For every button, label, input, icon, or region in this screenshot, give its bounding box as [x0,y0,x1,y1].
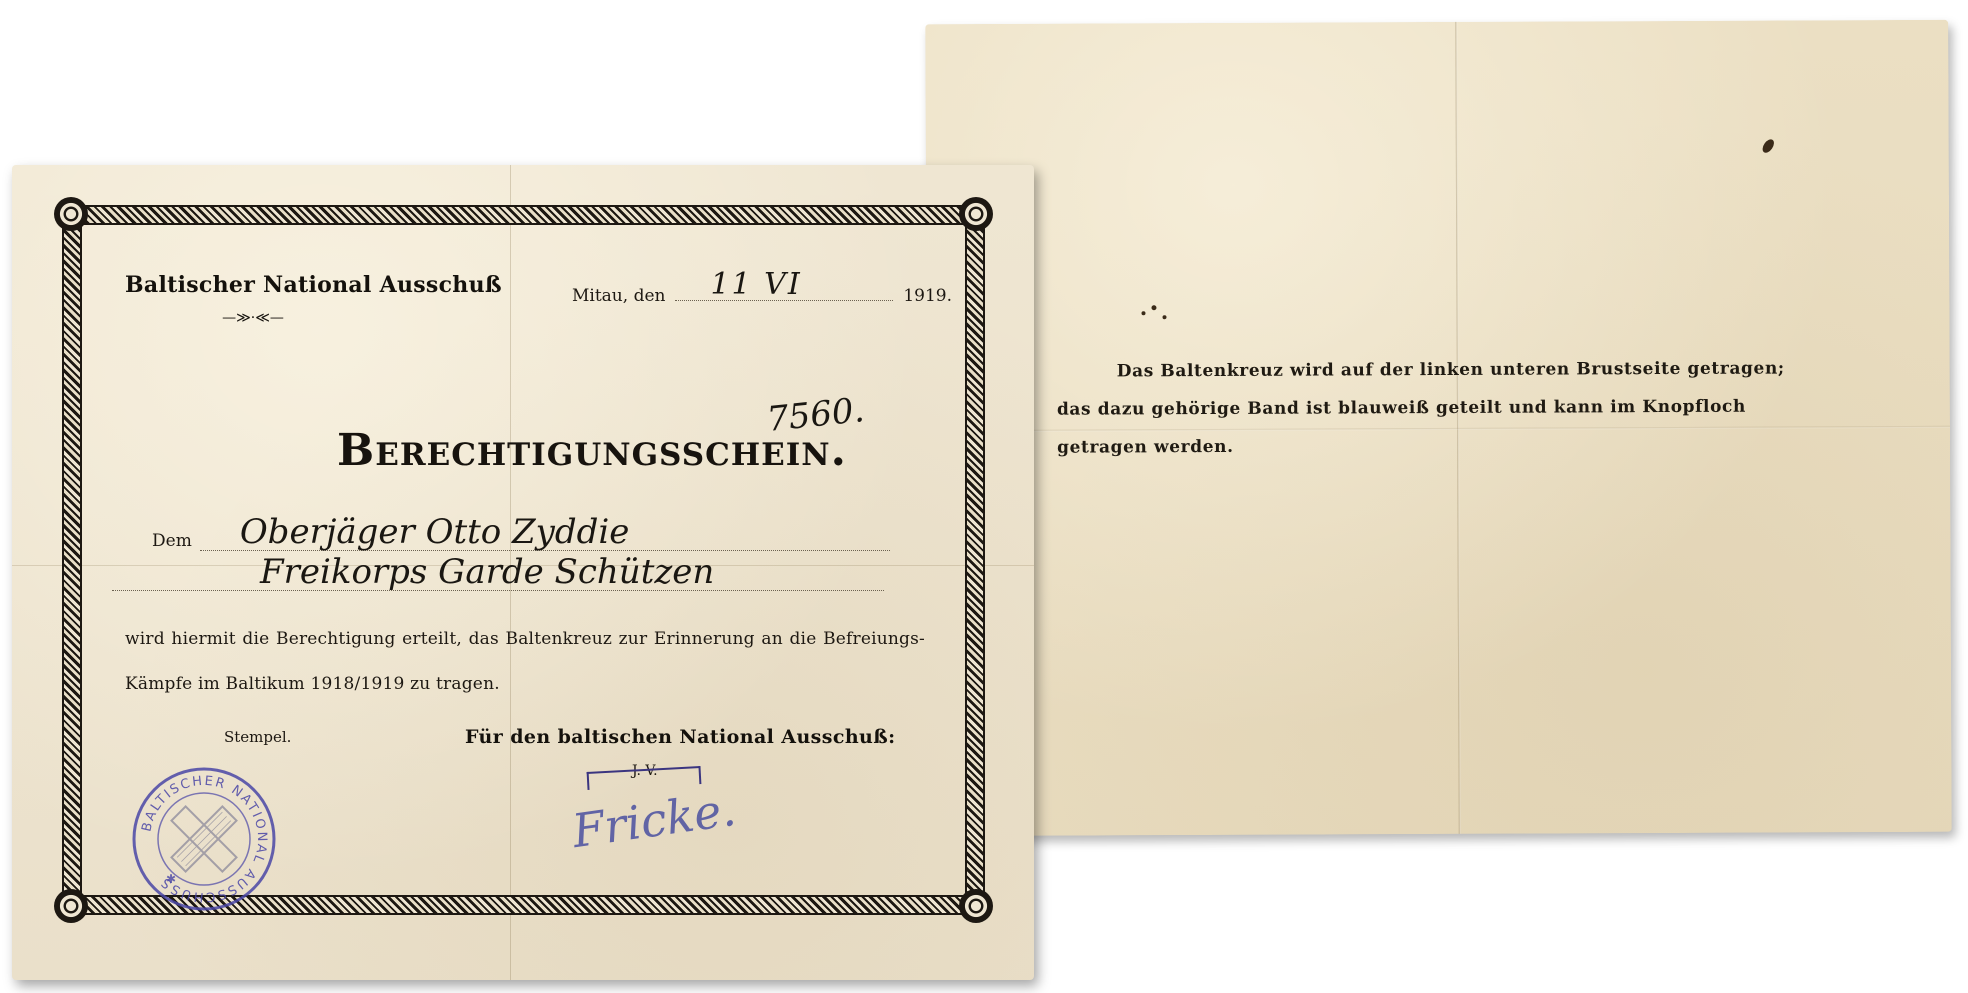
recipient-field-1: Oberjäger Otto Zyddie [200,528,890,551]
svg-text:✱: ✱ [166,872,176,886]
corner-ornament-icon [54,889,88,923]
front-sheet-certificate: Baltischer National Ausschuß —≫·≪— Mitau… [12,165,1034,980]
recipient-row-2: Freikorps Garde Schützen [112,568,884,591]
corner-ornament-icon [959,889,993,923]
certificate-body-text: wird hiermit die Berechtigung erteilt, d… [125,617,925,707]
recipient-name-handwritten: Oberjäger Otto Zyddie [240,512,630,552]
corner-ornament-icon [959,197,993,231]
notice-line-3: getragen werden. [1057,425,1837,466]
notice-line-1: Das Baltenkreuz wird auf der linken unte… [1057,349,1837,390]
ink-speck [1151,305,1156,310]
date-field: 11 VI [675,282,893,301]
back-sheet-reverse-side: Das Baltenkreuz wird auf der linken unte… [925,20,1952,836]
recipient-field-2: Freikorps Garde Schützen [112,568,884,591]
recipient-label: Dem [152,531,192,551]
place-and-date: Mitau, den 11 VI 1919. [572,282,952,306]
divider-ornament-icon: —≫·≪— [210,313,296,323]
signature-heading: Für den baltischen National Ausschuß: [465,726,896,748]
issuing-organization: Baltischer National Ausschuß [125,272,502,298]
document-title: Berechtigungsschein. [337,425,847,476]
year-label: 1919. [903,286,952,306]
stamp-label: Stempel. [224,728,291,746]
recipient-unit-handwritten: Freikorps Garde Schützen [260,552,714,592]
date-handwritten: 11 VI [710,267,801,302]
ink-stain [1760,137,1776,154]
notice-line-2: das dazu gehörige Band ist blauweiß gete… [1057,387,1837,428]
wearing-instructions: Das Baltenkreuz wird auf der linken unte… [1057,349,1837,466]
notice-text: Das Baltenkreuz wird auf der linken unte… [1117,358,1785,381]
ink-speck [1141,311,1145,315]
official-seal-stamp-icon: BALTISCHER NATIONAL AUSSCHUSS ✱ [130,765,278,913]
recipient-row-1: Dem Oberjäger Otto Zyddie [152,528,890,551]
corner-ornament-icon [54,197,88,231]
ink-speck [1163,315,1167,319]
place-label: Mitau, den [572,286,665,306]
